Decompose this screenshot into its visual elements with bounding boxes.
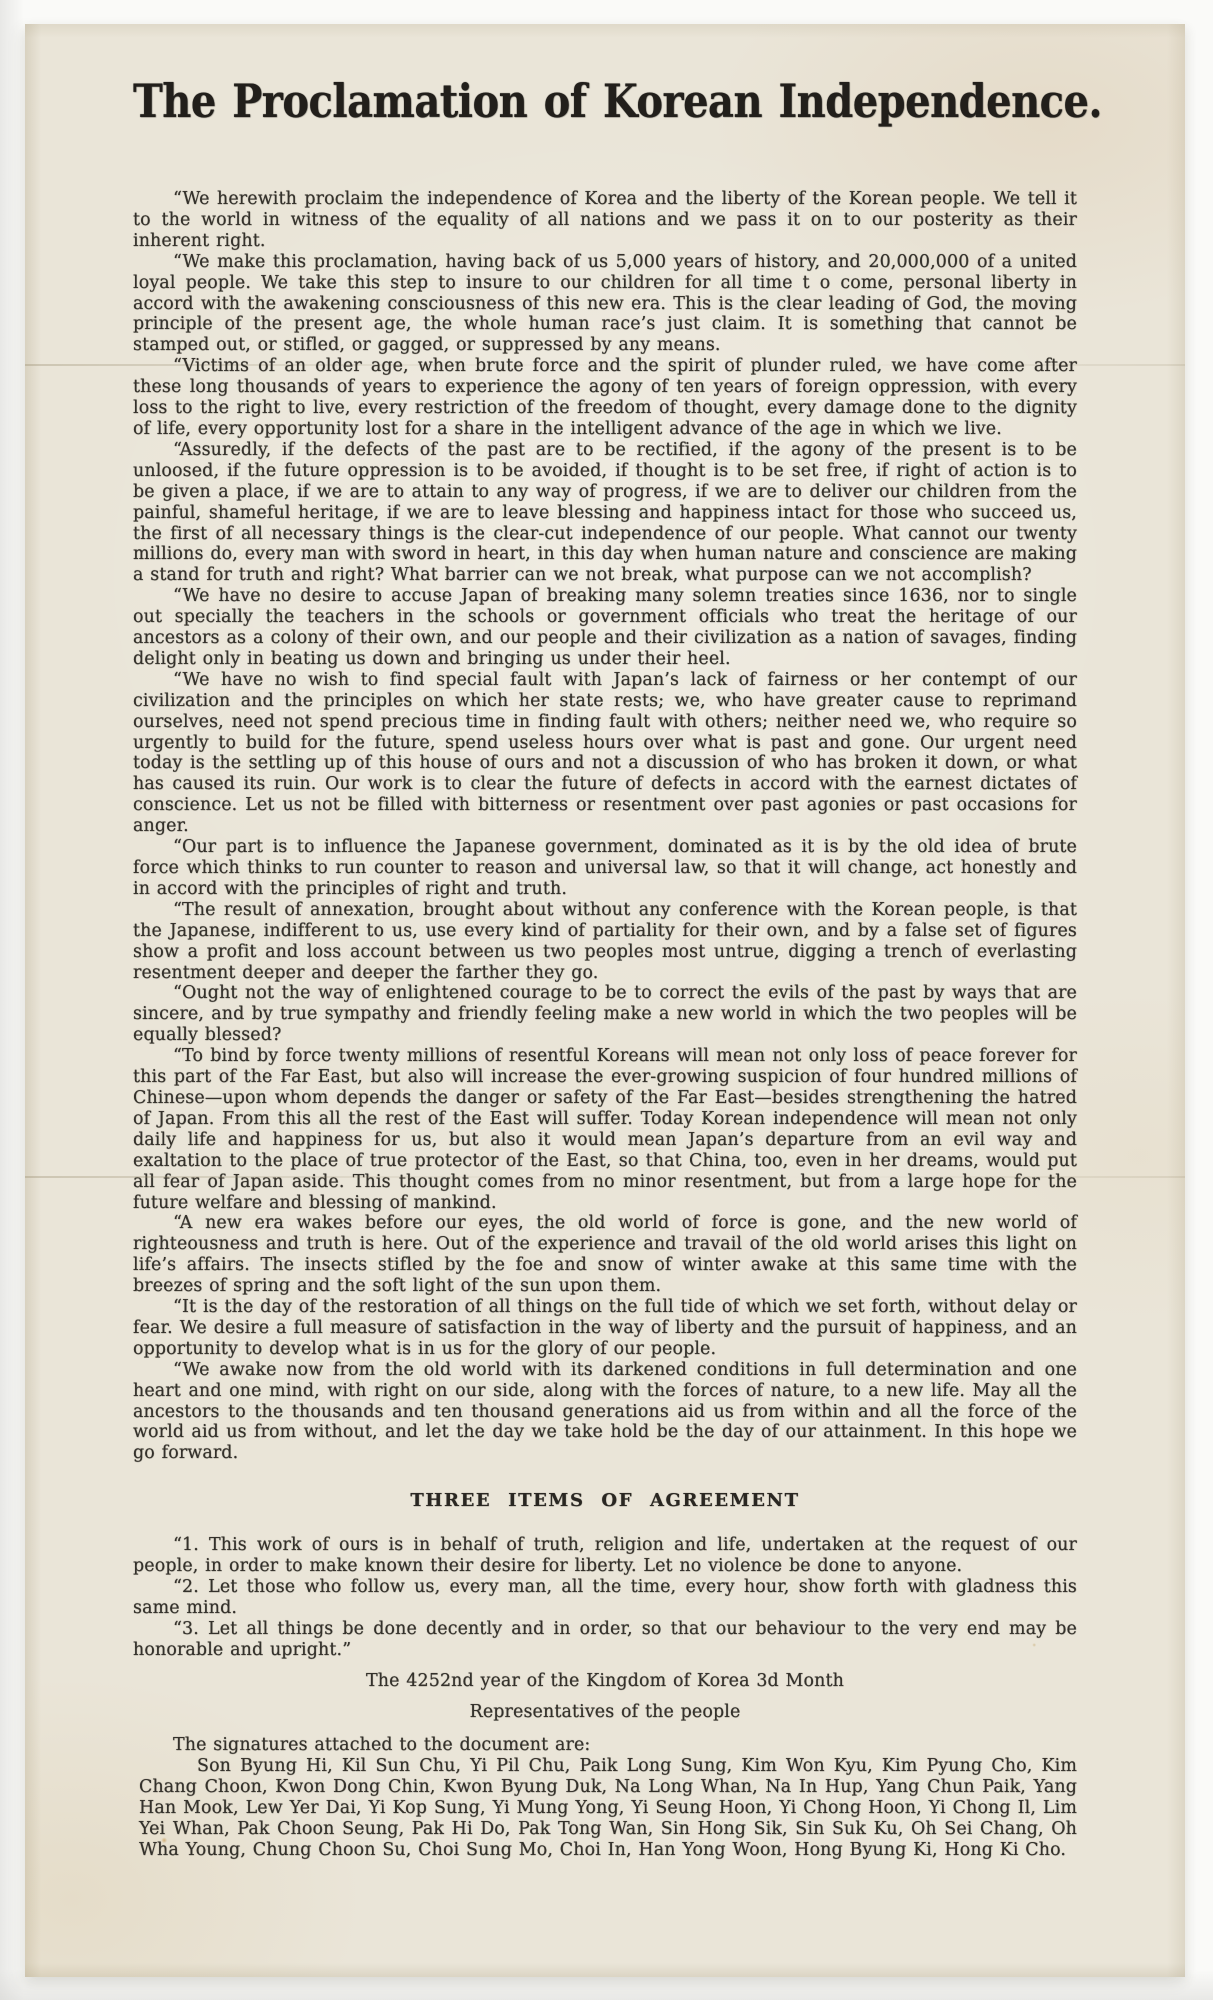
- document-content: The Proclamation of Korean Independence.…: [25, 76, 1185, 1861]
- proclamation-paragraph-2: “We make this proclamation, having back …: [133, 252, 1077, 357]
- document-title: The Proclamation of Korean Independence.: [133, 75, 1077, 129]
- agreement-heading: THREE ITEMS OF AGREEMENT: [133, 1491, 1077, 1512]
- proclamation-paragraph-4: “Assuredly, if the defects of the past a…: [133, 440, 1077, 586]
- signatures-list: Son Byung Hi, Kil Sun Chu, Yi Pil Chu, P…: [139, 1756, 1077, 1861]
- proclamation-paragraph-12: “It is the day of the restoration of all…: [133, 1297, 1077, 1360]
- agreement-item-1: “1. This work of ours is in behalf of tr…: [133, 1535, 1077, 1577]
- agreement-item-2: “2. Let those who follow us, every man, …: [133, 1577, 1077, 1619]
- date-line: The 4252nd year of the Kingdom of Korea …: [133, 1671, 1077, 1692]
- proclamation-body: “We herewith proclaim the independence o…: [133, 189, 1077, 1861]
- proclamation-paragraph-8: “The result of annexation, brought about…: [133, 900, 1077, 984]
- representatives-line: Representatives of the people: [133, 1702, 1077, 1723]
- signatures-intro: The signatures attached to the document …: [133, 1735, 1077, 1756]
- paper-sheet: The Proclamation of Korean Independence.…: [25, 24, 1185, 1977]
- proclamation-paragraph-9: “Ought not the way of enlightened courag…: [133, 983, 1077, 1046]
- proclamation-paragraph-11: “A new era wakes before our eyes, the ol…: [133, 1213, 1077, 1297]
- proclamation-paragraph-13: “We awake now from the old world with it…: [133, 1360, 1077, 1465]
- proclamation-paragraph-5: “We have no desire to accuse Japan of br…: [133, 586, 1077, 670]
- proclamation-paragraph-6: “We have no wish to find special fault w…: [133, 670, 1077, 837]
- agreement-item-3: “3. Let all things be done decently and …: [133, 1619, 1077, 1661]
- proclamation-paragraph-7: “Our part is to influence the Japanese g…: [133, 837, 1077, 900]
- proclamation-paragraph-1: “We herewith proclaim the independence o…: [133, 189, 1077, 252]
- proclamation-paragraph-10: “To bind by force twenty millions of res…: [133, 1046, 1077, 1213]
- proclamation-paragraph-3: “Victims of an older age, when brute for…: [133, 356, 1077, 440]
